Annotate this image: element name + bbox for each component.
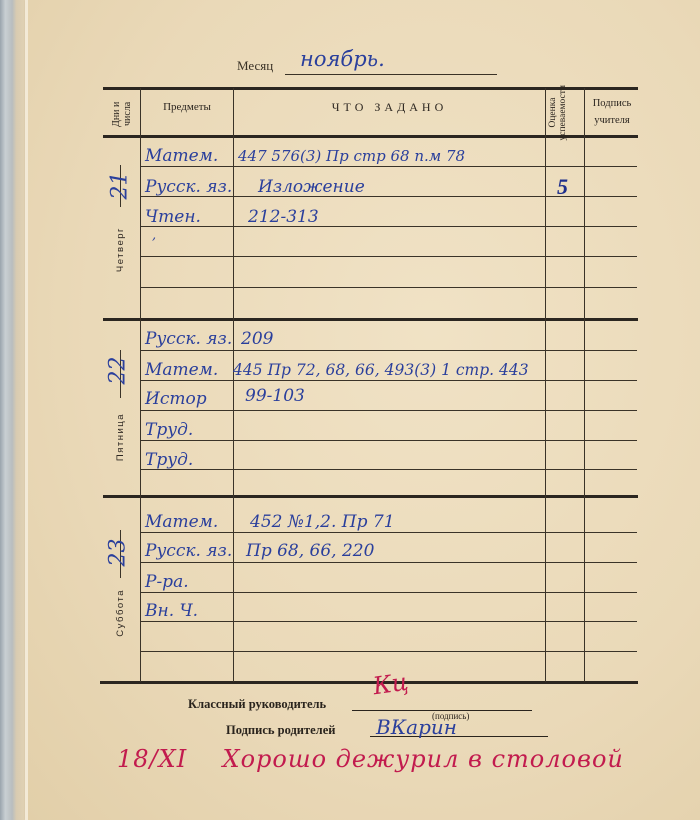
teacher-note-date: 18/XI [117,745,187,773]
teacher-note: 18/XI Хорошо дежурил в столовой [117,745,624,773]
task-cell: 447 576(3) Пр стр 68 п.м 78 [238,146,465,166]
class-teacher-label: Классный руководитель [188,697,326,712]
subject-cell: Труд. [145,450,193,470]
month-underline [285,74,497,75]
subject-cell: Труд. [145,420,193,440]
subject-cell: Русск. яз. [145,177,232,197]
class-teacher-signature: Кц [371,668,410,701]
date-thursday: 21 [108,172,133,200]
month-value: ноябрь. [300,47,385,71]
subject-cell: Р-ра. [145,572,189,592]
table-bottom-rule [100,681,638,684]
parents-label: Подпись родителей [226,723,335,738]
task-cell: 445 Пр 72, 68, 66, 493(3) 1 стр. 443 [233,360,529,380]
task-cell: Изложение [258,177,365,197]
subject-cell: Матем. [145,146,218,166]
notebook-binding [0,0,27,820]
day-divider-rule [103,318,638,321]
parents-signature: ВКарин [376,715,457,739]
task-cell: 452 №1,2. Пр 71 [250,512,395,532]
header-teacher-sign: Подпись учителя [587,95,637,129]
task-cell: 212-313 [248,207,319,227]
subject-cell: Русск. яз. [145,541,232,561]
weekday-friday: Пятница [109,400,131,475]
subject-cell: Матем. [145,512,218,532]
header-task: ЧТО ЗАДАНО [234,100,545,115]
date-saturday: 23 [106,539,131,567]
subject-cell: Матем. [145,360,218,380]
header-subjects: Предметы [141,101,233,113]
task-cell: 99-103 [245,386,305,406]
grade-cell: 5 [557,174,568,200]
day-divider-rule [103,495,638,498]
date-friday: 22 [106,357,131,385]
subject-cell: Истор [145,389,207,409]
subject-cell: Русск. яз. [145,329,232,349]
teacher-note-text: Хорошо дежурил в столовой [222,745,623,773]
weekday-saturday: Суббота [109,578,131,648]
weekday-thursday: Четверг [109,210,131,290]
task-cell: Пр 68, 66, 220 [246,541,374,561]
subject-cell: Вн. Ч. [145,601,198,621]
header-days: Дни и числа [104,92,140,136]
subject-cell: , [152,226,156,246]
task-cell: 209 [241,329,273,349]
header-grade: Оценка успеваемости [546,90,585,136]
month-label: Месяц [237,58,273,74]
subject-cell: Чтен. [145,207,201,227]
